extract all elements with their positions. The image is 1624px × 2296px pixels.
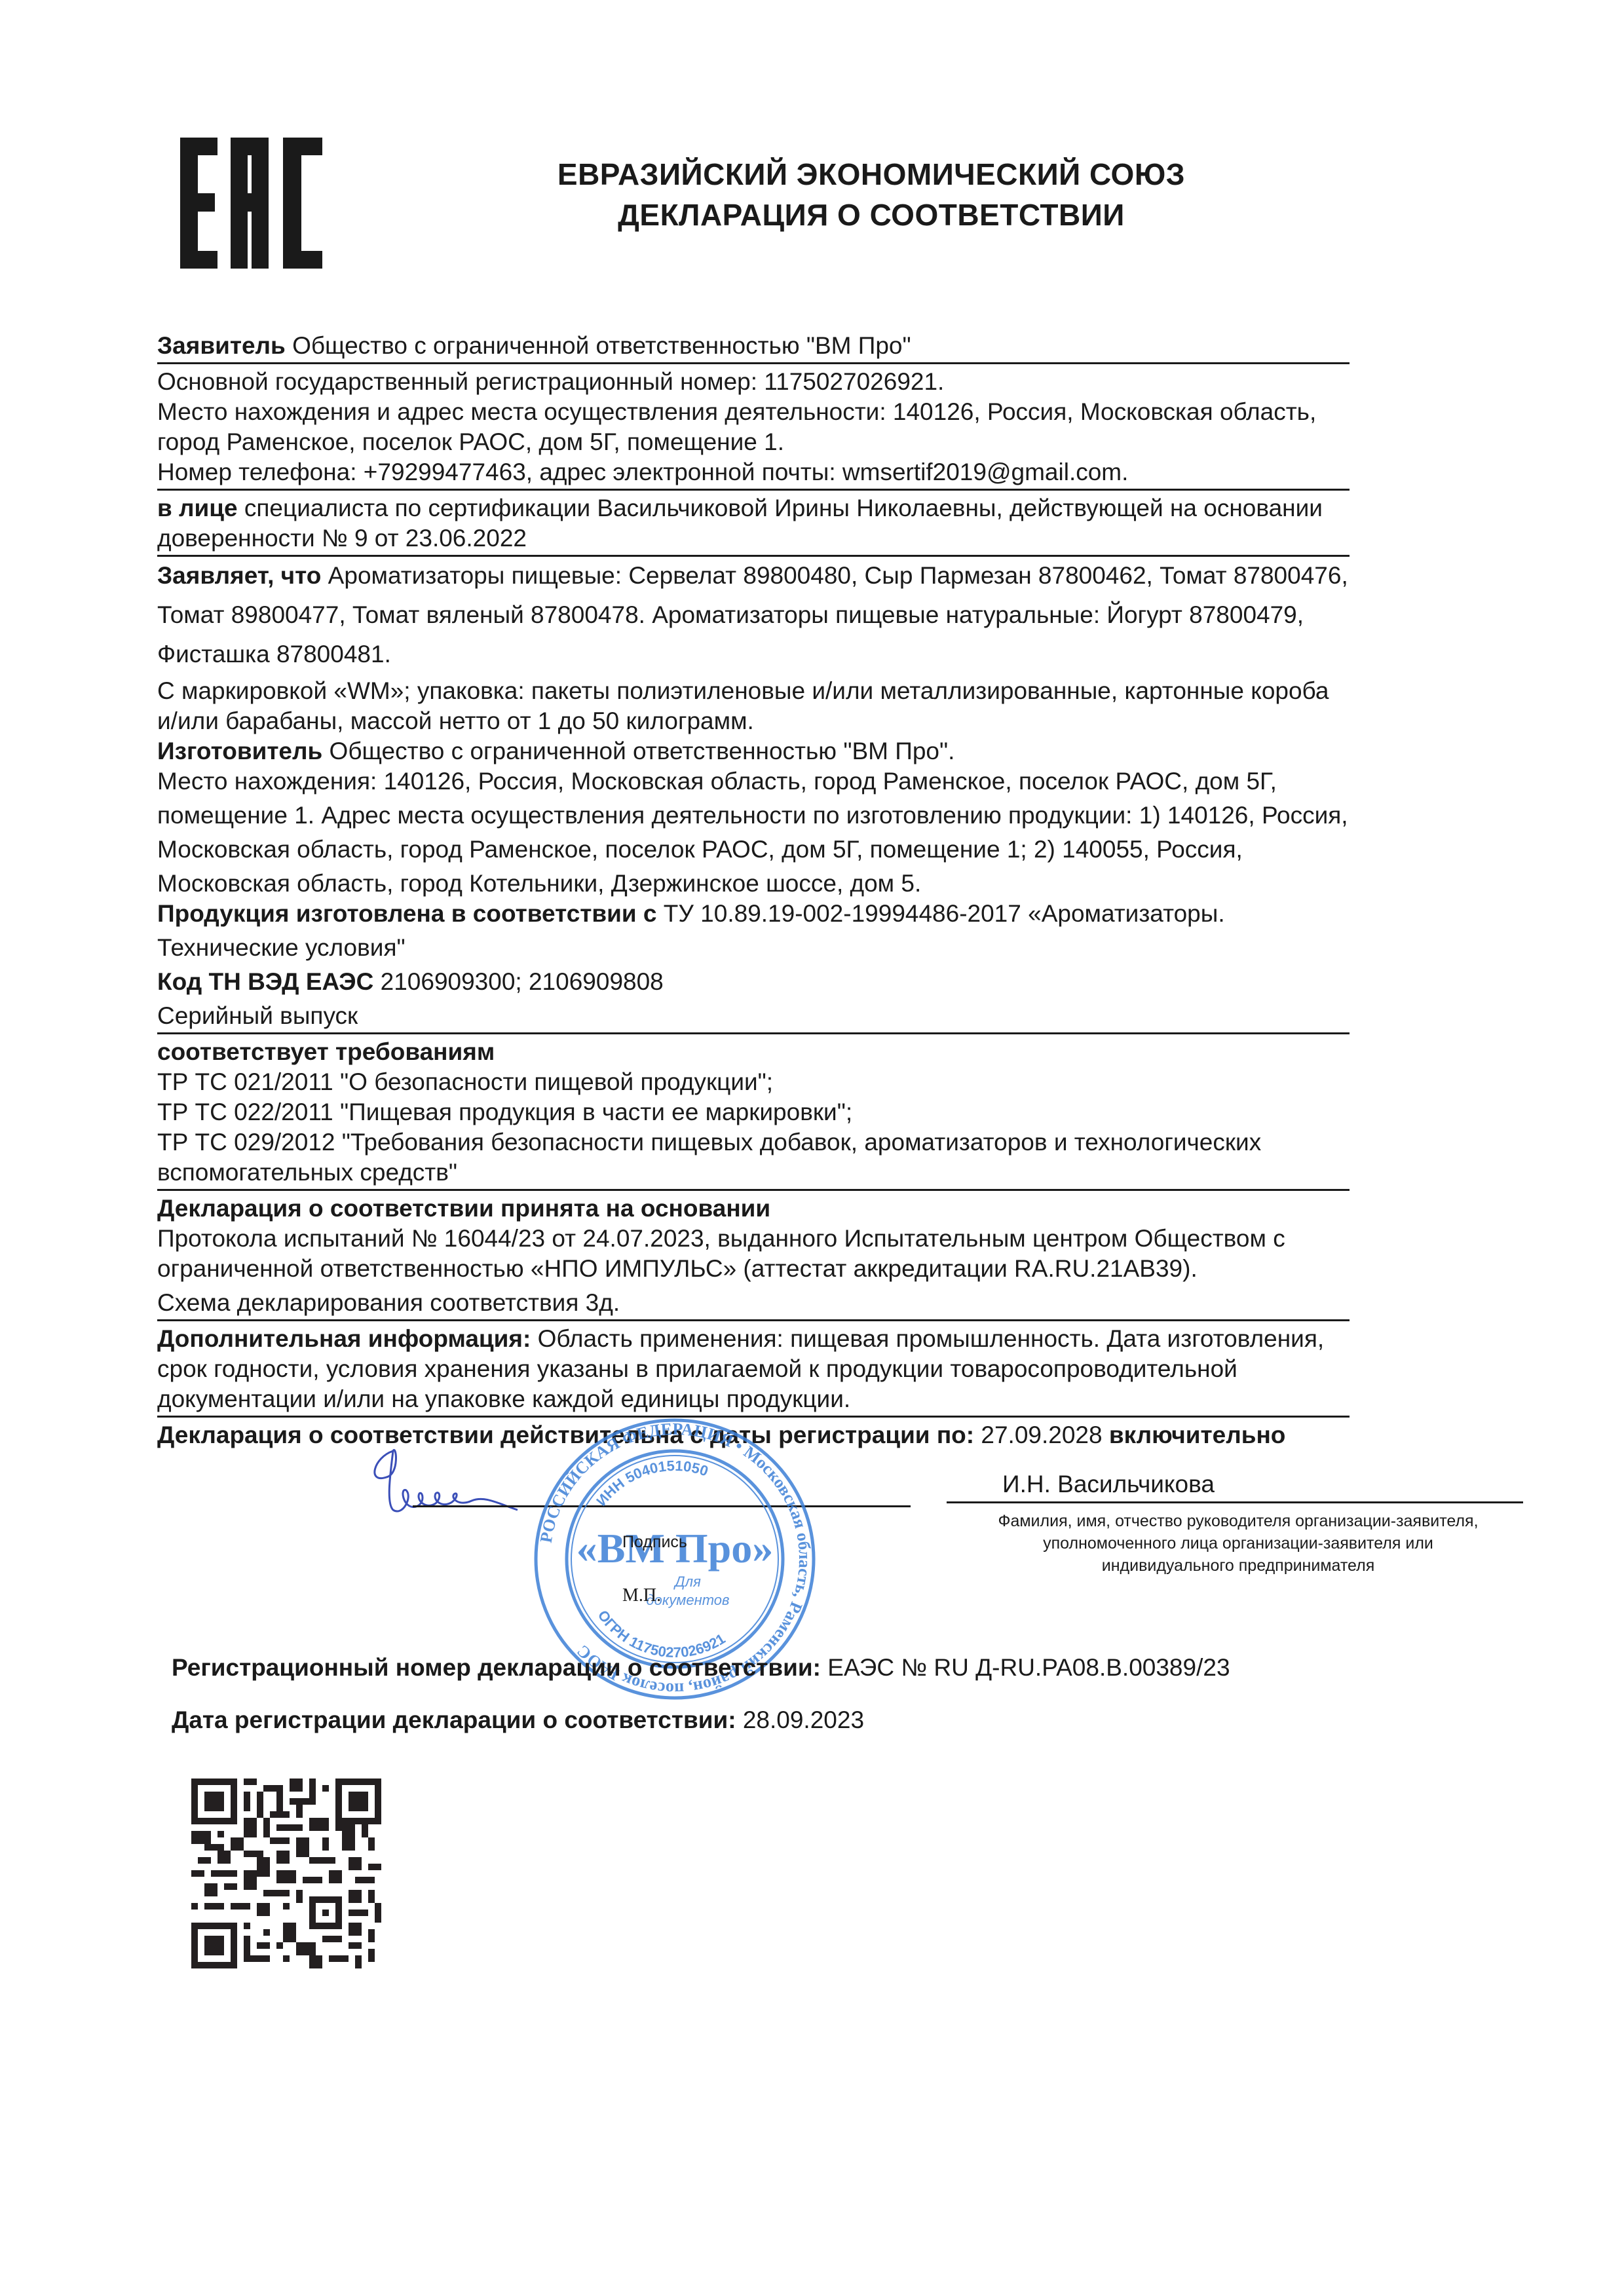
title-union: ЕВРАЗИЙСКИЙ ЭКОНОМИЧЕСКИЙ СОЮЗ [445, 154, 1297, 195]
divider [157, 1032, 1350, 1034]
divider [157, 489, 1350, 491]
power-of-attorney: доверенности № 9 от 23.06.2022 [157, 523, 1350, 554]
divider [157, 1189, 1350, 1191]
release-type: Серийный выпуск [157, 1001, 1350, 1031]
signature-label: Подпись [622, 1533, 687, 1552]
representative-text: специалиста по сертификации Васильчиково… [238, 495, 1323, 521]
svg-text:ИНН 5040151050: ИНН 5040151050 [593, 1458, 710, 1509]
declares-text-3: Фисташка 87800481. [157, 639, 1350, 669]
qr-code [191, 1778, 381, 1968]
svg-text:Для: Для [673, 1573, 701, 1590]
registration-date-label: Дата регистрации декларации о соответств… [172, 1706, 736, 1733]
declaration-scheme: Схема декларирования соответствия 3д. [157, 1288, 1350, 1318]
validity-suffix: включительно [1103, 1421, 1286, 1448]
representative-line: в лице специалиста по сертификации Васил… [157, 493, 1350, 523]
hs-code-value: 2106909300; 2106909808 [373, 968, 663, 995]
signer-name: И.Н. Васильчикова [1002, 1471, 1215, 1498]
production-line: Продукция изготовлена в соответствии с Т… [157, 899, 1350, 929]
seal-place-label: М.П. [622, 1585, 661, 1606]
declares-text-2: Томат 89800477, Томат вяленый 87800478. … [157, 600, 1350, 630]
registration-date-line: Дата регистрации декларации о соответств… [172, 1706, 864, 1734]
document-title: ЕВРАЗИЙСКИЙ ЭКОНОМИЧЕСКИЙ СОЮЗ ДЕКЛАРАЦИ… [445, 154, 1297, 235]
applicant-name: Общество с ограниченной ответственностью… [286, 332, 911, 359]
manufacturer-address-3: Московская область, город Раменское, пос… [157, 835, 1350, 865]
applicant-address-2: город Раменское, поселок РАОС, дом 5Г, п… [157, 427, 1350, 457]
requirements-label: соответствует требованиям [157, 1037, 1350, 1067]
svg-text:ОГРН 1175027026921: ОГРН 1175027026921 [595, 1607, 728, 1661]
signer-caption-2: уполномоченного лица организации-заявите… [943, 1532, 1533, 1554]
additional-label: Дополнительная информация: [157, 1325, 531, 1352]
requirement-item: вспомогательных средств" [157, 1157, 1350, 1188]
registration-number-label: Регистрационный номер декларации о соотв… [172, 1654, 821, 1681]
title-declaration: ДЕКЛАРАЦИЯ О СООТВЕТСТВИИ [445, 195, 1297, 235]
declares-text-5: и/или барабаны, массой нетто от 1 до 50 … [157, 706, 1350, 736]
applicant-label: Заявитель [157, 332, 286, 359]
manufacturer-address-2: помещение 1. Адрес места осуществления д… [157, 800, 1350, 831]
qr-code-icon [191, 1778, 381, 1968]
applicant-address-1: Место нахождения и адрес места осуществл… [157, 397, 1350, 427]
production-label: Продукция изготовлена в соответствии с [157, 900, 657, 927]
declares-text-1: Ароматизаторы пищевые: Сервелат 89800480… [321, 562, 1348, 589]
basis-protocol-2: ограниченной ответственностью «НПО ИМПУЛ… [157, 1254, 1350, 1284]
requirement-item: ТР ТС 022/2011 "Пищевая продукция в част… [157, 1097, 1350, 1127]
applicant-ogrn: Основной государственный регистрационный… [157, 367, 1350, 397]
divider [157, 1319, 1350, 1321]
additional-text-1: Область применения: пищевая промышленнос… [531, 1325, 1324, 1352]
applicant-line: Заявитель Общество с ограниченной ответс… [157, 331, 1350, 361]
hs-code-label: Код ТН ВЭД ЕАЭС [157, 968, 373, 995]
declaration-body: Заявитель Общество с ограниченной ответс… [157, 331, 1350, 1450]
divider [157, 362, 1350, 364]
basis-label: Декларация о соответствии принята на осн… [157, 1194, 1350, 1224]
requirement-item: ТР ТС 021/2011 "О безопасности пищевой п… [157, 1067, 1350, 1097]
registration-number-line: Регистрационный номер декларации о соотв… [172, 1654, 1230, 1682]
manufacturer-label: Изготовитель [157, 738, 322, 764]
additional-line: Дополнительная информация: Область приме… [157, 1324, 1350, 1354]
applicant-contacts: Номер телефона: +79299477463, адрес элек… [157, 457, 1350, 487]
declares-text-4: С маркировкой «WM»; упаковка: пакеты пол… [157, 676, 1350, 706]
declares-label: Заявляет, что [157, 562, 321, 589]
declares-line: Заявляет, что Ароматизаторы пищевые: Сер… [157, 561, 1350, 591]
signer-caption-1: Фамилия, имя, отчество руководителя орга… [943, 1510, 1533, 1532]
registration-number-value: ЕАЭС № RU Д-RU.PA08.B.00389/23 [821, 1654, 1230, 1681]
manufacturer-line: Изготовитель Общество с ограниченной отв… [157, 736, 1350, 766]
representative-label: в лице [157, 495, 238, 521]
manufacturer-name: Общество с ограниченной ответственностью… [322, 738, 954, 764]
signer-caption: Фамилия, имя, отчество руководителя орга… [943, 1510, 1533, 1577]
signer-caption-3: индивидуального предпринимателя [943, 1554, 1533, 1577]
manufacturer-address-4: Московская область, город Котельники, Дз… [157, 869, 1350, 899]
divider [157, 555, 1350, 557]
additional-text-2: срок годности, условия хранения указаны … [157, 1354, 1350, 1384]
production-standard: ТУ 10.89.19-002-19994486-2017 «Ароматиза… [657, 900, 1225, 927]
production-standard-2: Технические условия" [157, 933, 1350, 963]
hs-code-line: Код ТН ВЭД ЕАЭС 2106909300; 2106909808 [157, 967, 1350, 997]
manufacturer-address-1: Место нахождения: 140126, Россия, Москов… [157, 766, 1350, 797]
signer-name-line [947, 1501, 1523, 1503]
basis-protocol-1: Протокола испытаний № 16044/23 от 24.07.… [157, 1224, 1350, 1254]
validity-date: 27.09.2028 [974, 1421, 1102, 1448]
eac-logo [177, 134, 328, 272]
registration-date-value: 28.09.2023 [736, 1706, 864, 1733]
requirement-item: ТР ТС 029/2012 "Требования безопасности … [157, 1127, 1350, 1157]
additional-text-3: документации и/или на упаковке каждой ед… [157, 1384, 1350, 1414]
eac-logo-icon [177, 134, 328, 272]
